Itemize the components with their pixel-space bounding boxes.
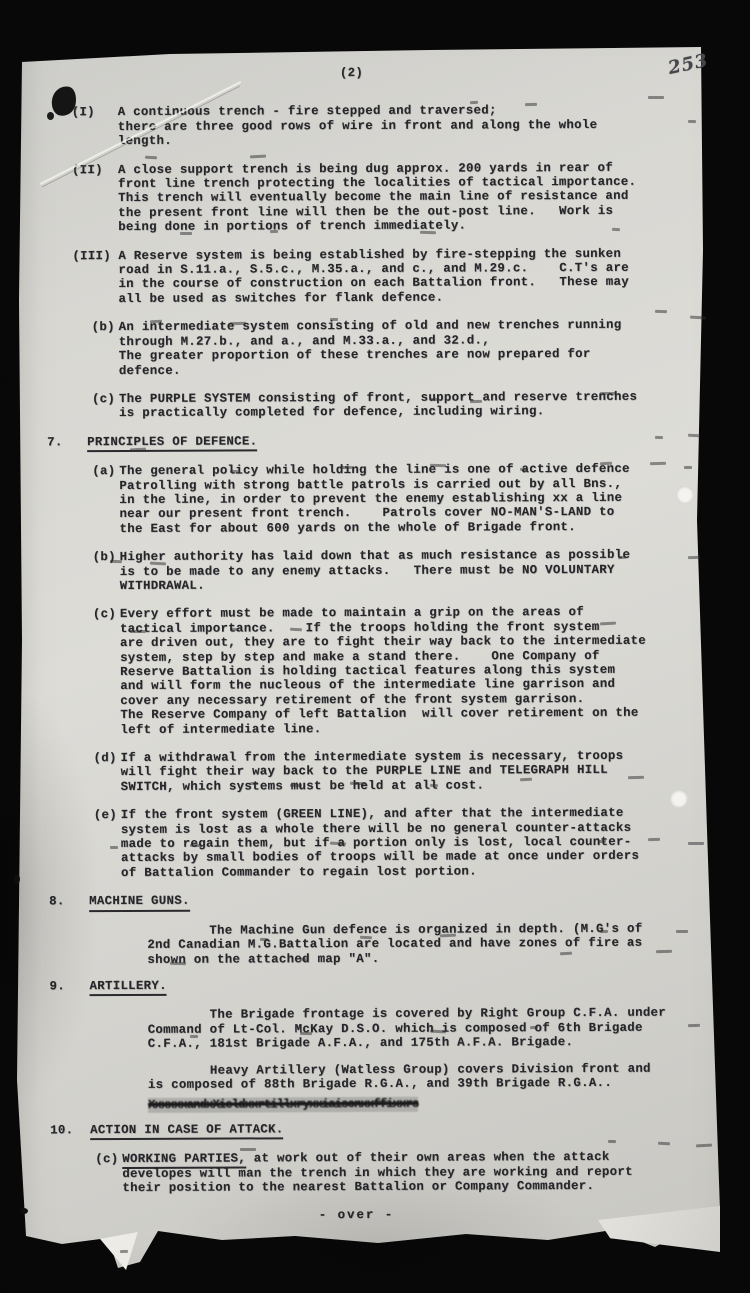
- bleed-dash: [684, 466, 692, 469]
- list-item: (c)The PURPLE SYSTEM consisting of front…: [33, 390, 673, 422]
- bleed-dash: [520, 468, 528, 471]
- item-label: (e): [35, 808, 121, 880]
- bleed-dash: [676, 930, 688, 933]
- bleed-dash: [130, 630, 146, 633]
- bleed-dash: [470, 400, 482, 403]
- bleed-dash: [530, 1026, 538, 1029]
- item-text: If the front system (GREEN LINE), and af…: [121, 806, 675, 880]
- list-item: (b)Higher authority has laid down that a…: [34, 548, 674, 594]
- section-number: 8.: [35, 894, 89, 912]
- bleed-dash: [688, 1024, 700, 1027]
- item-label: (I): [32, 105, 118, 149]
- section: 7.PRINCIPLES OF DEFENCE.(a)The general p…: [33, 432, 675, 880]
- bleed-dash: [120, 1250, 128, 1253]
- bleed-dash: [360, 936, 372, 940]
- bleed-dash: [240, 1148, 256, 1151]
- bleed-dash: [230, 470, 238, 473]
- bleed-dash: [420, 231, 436, 234]
- item-text: Every effort must be made to maintain a …: [120, 605, 675, 737]
- page-number: (2): [31, 65, 671, 82]
- bleed-dash: [525, 103, 537, 106]
- section-heading: ACTION IN CASE OF ATTACK.: [90, 1122, 283, 1140]
- item-label: (d): [34, 751, 120, 795]
- bleed-dash: [150, 320, 162, 324]
- bleed-dash: [655, 436, 663, 439]
- bleed-dash: [290, 784, 302, 787]
- item-text: If a withdrawal from the intermediate sy…: [120, 749, 674, 795]
- bleed-dash: [560, 952, 572, 956]
- bleed-dash: [628, 776, 644, 779]
- item-label: (c): [33, 392, 119, 421]
- document-body: (I)A continuous trench - fire stepped an…: [32, 103, 677, 1196]
- item-label: (II): [32, 163, 118, 235]
- section: 8.MACHINE GUNS.The Machine Gun defence i…: [35, 892, 675, 967]
- paragraph: The Machine Gun defence is organized in …: [147, 921, 675, 967]
- item-label: (c): [34, 607, 121, 737]
- bleed-dash: [190, 844, 202, 847]
- list-item: (a)The general policy while holding the …: [33, 462, 673, 537]
- list-item: (c)WORKING PARTIES, at work out of their…: [36, 1150, 676, 1196]
- section-heading-row: 9.ARTILLERY.: [35, 977, 675, 997]
- item-label: (c): [36, 1152, 122, 1196]
- edge-mark: [14, 874, 20, 884]
- section-heading: ARTILLERY.: [89, 979, 166, 997]
- bleed-dash: [145, 156, 157, 160]
- item-text: A continuous trench - fire stepped and t…: [118, 103, 672, 149]
- section-number: 9.: [35, 979, 89, 997]
- bleed-dash: [110, 846, 118, 849]
- list-item: (b)An intermediate system consisting of …: [33, 318, 673, 378]
- section: 10.ACTION IN CASE OF ATTACK.(c)WORKING P…: [36, 1120, 676, 1195]
- item-text: Higher authority has laid down that as m…: [120, 548, 674, 594]
- item-label: (b): [34, 550, 120, 594]
- bleed-dash: [688, 120, 696, 123]
- section-heading: MACHINE GUNS.: [89, 894, 190, 912]
- struck-out-line: XxxxxxandxXieldxxrtillxryxxiaisonxxffixx…: [148, 1097, 418, 1113]
- list-item: (III)A Reserve system is being establish…: [32, 246, 672, 306]
- punch-hole: [676, 486, 694, 504]
- bleed-dash: [300, 1032, 312, 1035]
- bleed-dash: [290, 628, 302, 632]
- section-heading-row: 8.MACHINE GUNS.: [35, 892, 675, 912]
- section-number: 10.: [36, 1123, 90, 1141]
- bleed-dash: [650, 462, 666, 465]
- item-text: An intermediate system consisting of old…: [119, 318, 673, 378]
- typed-page-content: (2) (I)A continuous trench - fire steppe…: [31, 65, 676, 1225]
- bleed-dash: [608, 1140, 616, 1143]
- edge-mark: [20, 1208, 28, 1214]
- bleed-dash: [170, 962, 186, 965]
- footer-over: - over -: [36, 1207, 676, 1224]
- item-label: (a): [33, 464, 119, 536]
- section: 9.ARTILLERY.The Brigade frontage is cove…: [35, 977, 676, 1114]
- item-text: The general policy while holding the lin…: [119, 462, 673, 536]
- bleed-dash: [340, 466, 352, 469]
- bleed-dash: [350, 782, 366, 785]
- paragraph: The Brigade frontage is covered by Right…: [148, 1006, 676, 1052]
- bleed-dash: [598, 840, 606, 843]
- section: (I)A continuous trench - fire stepped an…: [32, 103, 673, 421]
- bleed-dash: [688, 842, 704, 845]
- bleed-dash: [520, 778, 532, 782]
- bleed-dash: [648, 96, 664, 99]
- list-item: (e)If the front system (GREEN LINE), and…: [35, 806, 675, 881]
- bleed-dash: [330, 318, 338, 321]
- list-item: (II)A close support trench is being dug …: [32, 160, 672, 235]
- bleed-dash: [260, 938, 268, 941]
- bleed-dash: [230, 322, 246, 325]
- item-label: (III): [32, 249, 118, 307]
- section-heading: PRINCIPLES OF DEFENCE.: [87, 434, 257, 452]
- punch-hole: [670, 790, 688, 808]
- bleed-dash: [658, 1142, 670, 1146]
- bleed-dash: [600, 462, 612, 466]
- item-text: The PURPLE SYSTEM consisting of front, s…: [119, 390, 673, 421]
- item-text: A Reserve system is being established by…: [118, 246, 672, 306]
- section-heading-row: 10.ACTION IN CASE OF ATTACK.: [36, 1120, 676, 1140]
- bleed-dash: [180, 232, 192, 235]
- list-item: (d)If a withdrawal from the intermediate…: [34, 749, 674, 795]
- section-number: 7.: [33, 435, 87, 453]
- bleed-dash: [250, 782, 258, 785]
- bleed-dash: [190, 1035, 198, 1038]
- bleed-dash: [600, 930, 608, 933]
- bleed-dash: [230, 628, 238, 631]
- item-text: WORKING PARTIES, at work out of their ow…: [122, 1150, 676, 1196]
- paragraph: Heavy Artillery (Watless Group) covers D…: [148, 1061, 676, 1092]
- item-text: A close support trench is being dug appr…: [118, 160, 672, 234]
- bleed-dash: [688, 556, 700, 559]
- bleed-dash: [470, 101, 478, 104]
- bleed-dash: [648, 838, 660, 841]
- bleed-dash: [270, 230, 278, 233]
- bleed-dash: [300, 958, 308, 961]
- bleed-dash: [430, 398, 438, 401]
- ink-blot: [47, 112, 54, 120]
- list-item: (c)Every effort must be made to maintain…: [34, 605, 675, 737]
- item-label: (b): [33, 320, 119, 378]
- bleed-dash: [430, 464, 446, 467]
- bleed-dash: [655, 310, 667, 313]
- bleed-dash: [110, 560, 122, 563]
- bleed-dash: [688, 434, 700, 438]
- bleed-dash: [656, 950, 672, 953]
- bleed-dash: [600, 392, 616, 395]
- bleed-dash: [430, 784, 438, 787]
- bleed-dash: [612, 228, 620, 231]
- bleed-dash: [618, 556, 626, 559]
